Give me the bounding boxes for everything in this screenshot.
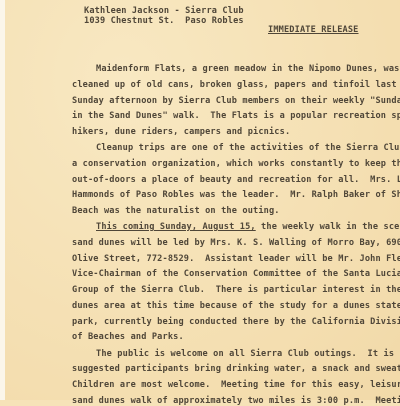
announcement-date: This coming Sunday, August 15,	[96, 222, 256, 232]
p3-line: sand dunes will be led by Mrs. K. S. Wal…	[72, 238, 400, 248]
p2-line: Cleanup trips are one of the activities …	[96, 143, 400, 153]
p1-line: in the Sand Dunes" walk. The Flats is a …	[72, 111, 400, 121]
p2-line: a conservation organization, which works…	[72, 159, 400, 169]
p3-line: Olive Street, 772-8529. Assistant leader…	[72, 254, 400, 264]
p3-line: of Beaches and Parks.	[72, 332, 184, 342]
p1-line: cleaned up of old cans, broken glass, pa…	[72, 80, 397, 90]
press-release-page	[5, 0, 400, 400]
p3-line: Group of the Sierra Club. There is parti…	[72, 285, 400, 295]
p4-line: suggested participants bring drinking wa…	[72, 364, 400, 374]
p2-line: out-of-doors a place of beauty and recre…	[72, 175, 400, 185]
p3-line: Vice-Chairman of the Conservation Commit…	[72, 269, 400, 279]
p2-line: Hammonds of Paso Robles was the leader. …	[72, 190, 400, 200]
p1-line: hikers, dune riders, campers and picnics…	[72, 127, 290, 137]
p1-line: Maidenform Flats, a green meadow in the …	[96, 64, 399, 74]
p3-line: park, currently being conducted there by…	[72, 317, 400, 327]
contact-name: Kathleen Jackson - Sierra Club	[84, 6, 244, 16]
p1-line: Sunday afternoon by Sierra Club members …	[72, 96, 400, 106]
contact-address: 1039 Chestnut St. Paso Robles	[84, 16, 244, 26]
p2-line: Beach was the naturalist on the outing.	[72, 206, 280, 216]
p3-line: dunes area at this time because of the s…	[72, 301, 400, 311]
p3-first-line: This coming Sunday, August 15, the weekl…	[96, 222, 400, 232]
release-label: IMMEDIATE RELEASE	[268, 25, 359, 35]
p4-line: The public is welcome on all Sierra Club…	[96, 349, 394, 359]
p3-first-rest: the weekly walk in the scenic	[256, 222, 400, 232]
p4-line: sand dunes walk of approximately two mil…	[72, 396, 400, 400]
p4-line: Children are most welcome. Meeting time …	[72, 380, 400, 390]
